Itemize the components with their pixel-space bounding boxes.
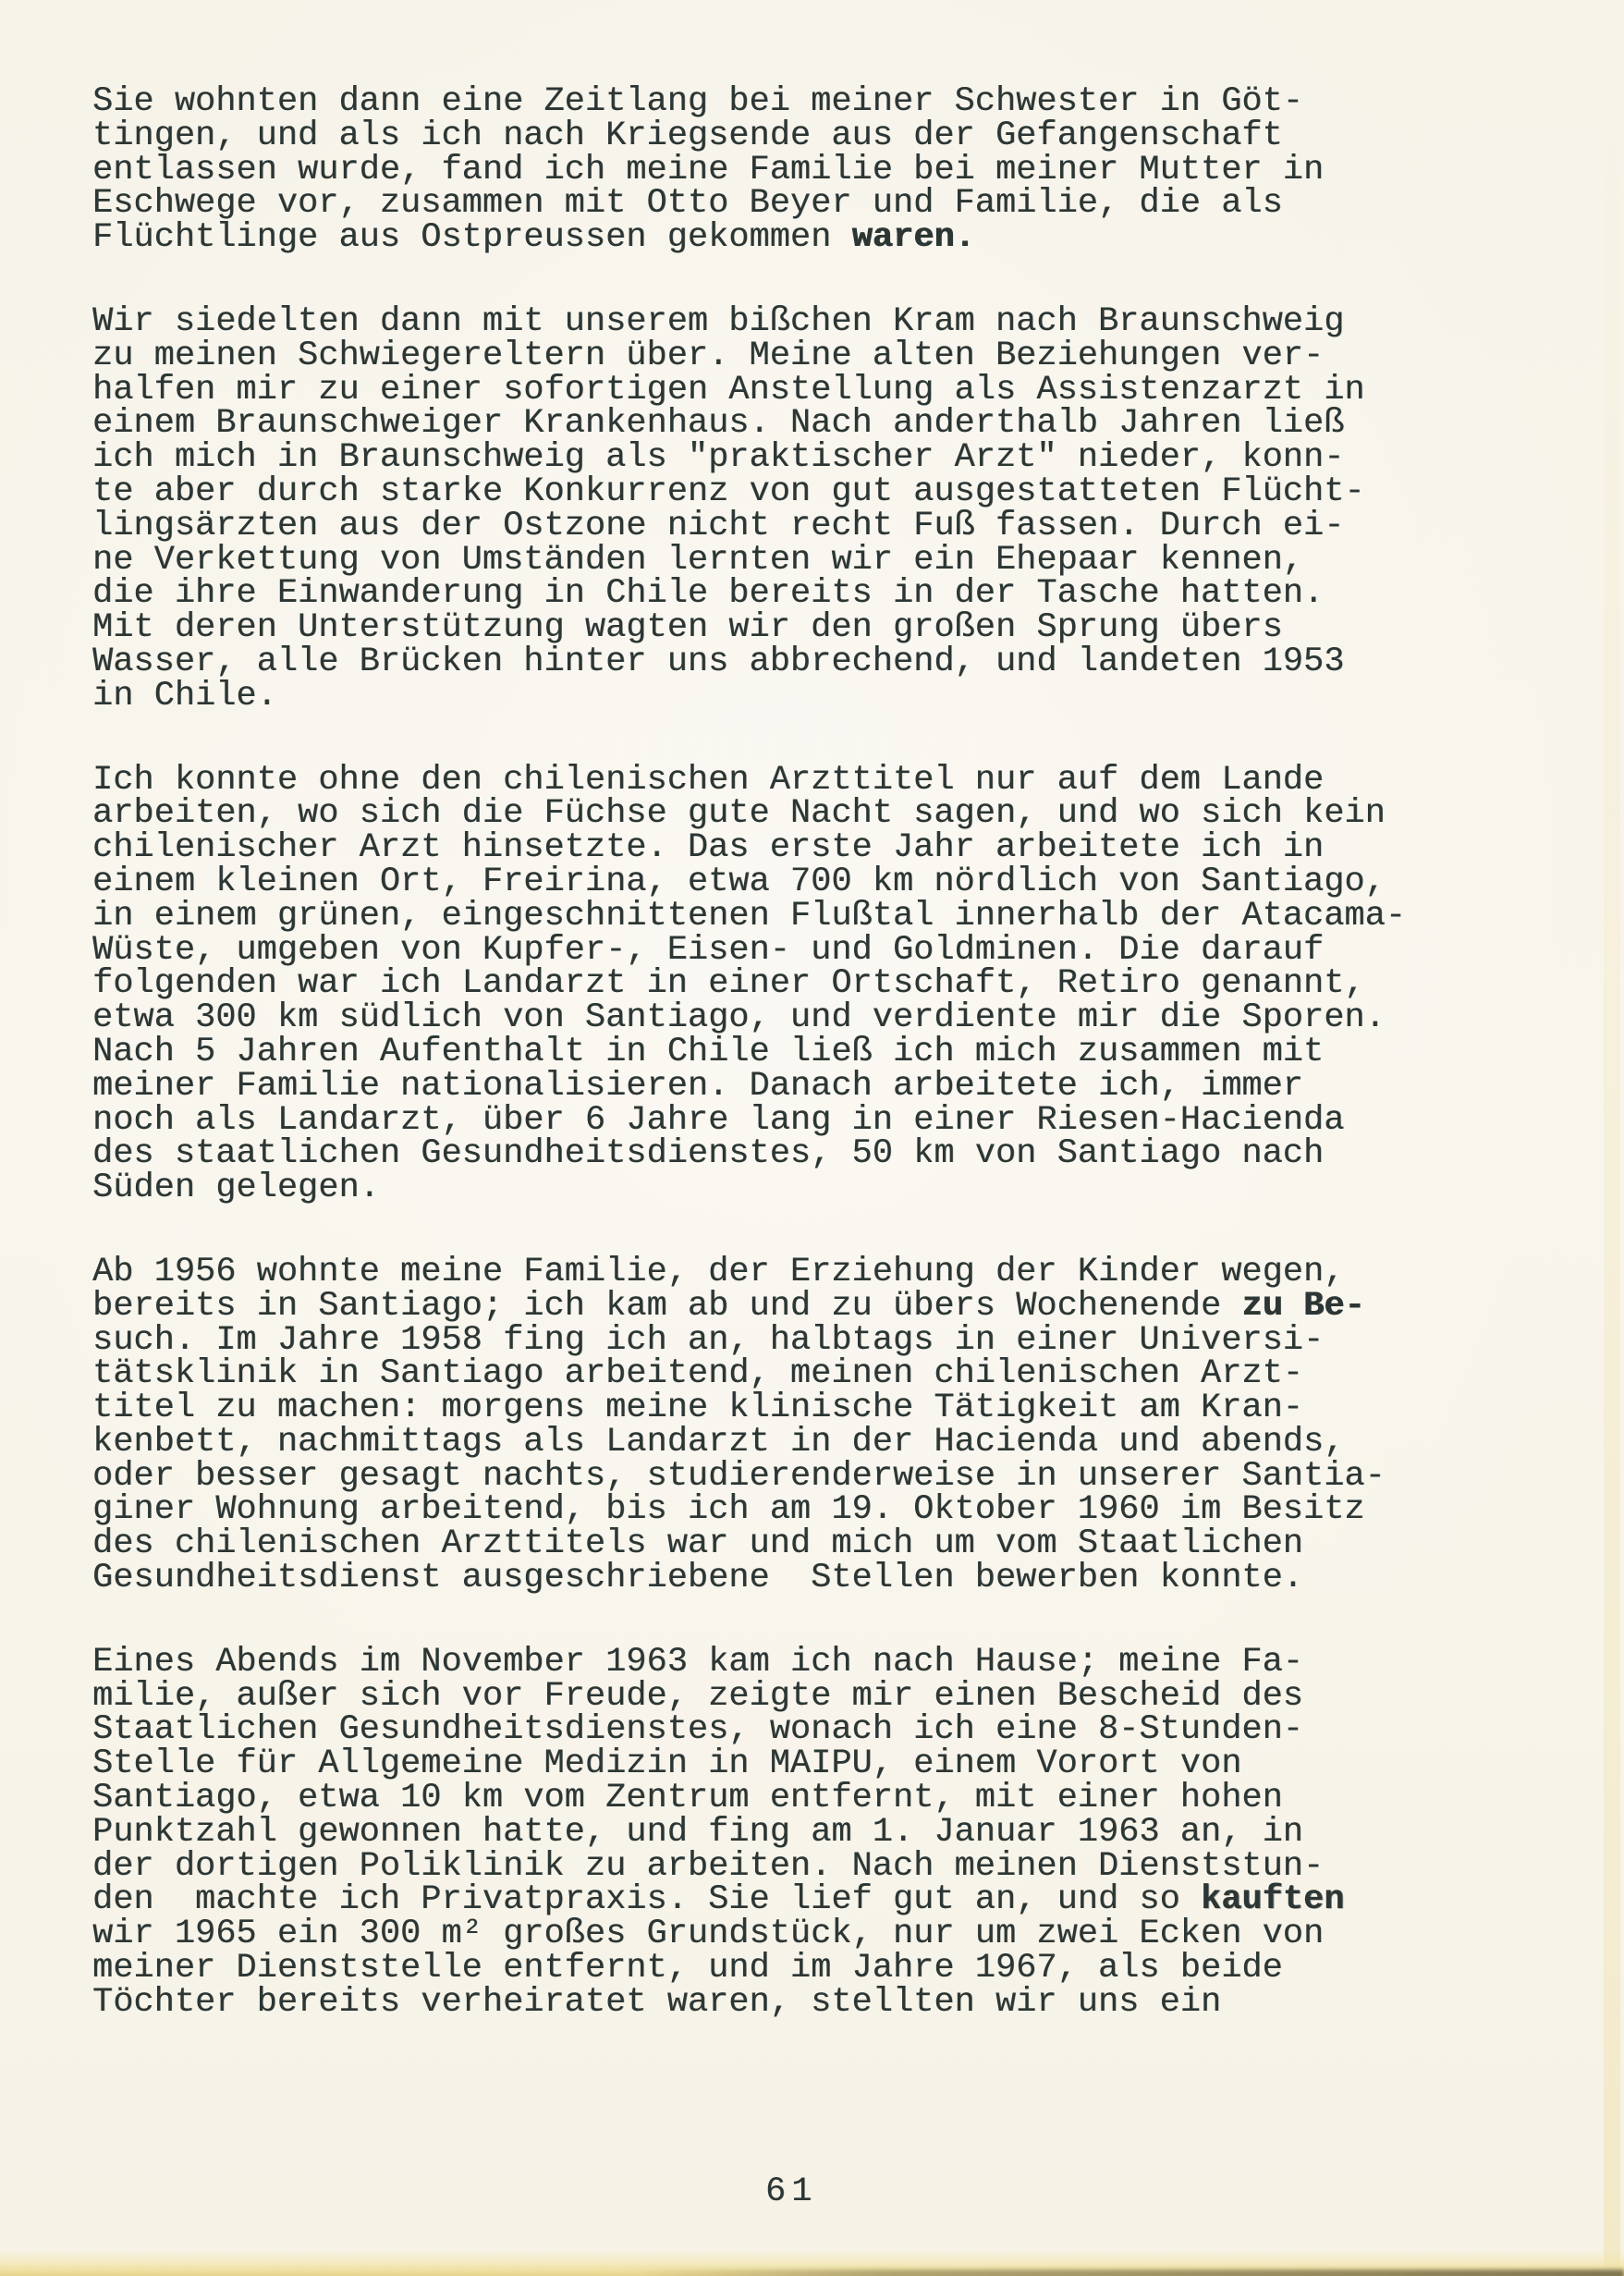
text-line: giner Wohnung arbeitend, bis ich am 19. … xyxy=(92,1493,1406,1527)
text-line: etwa 300 km südlich von Santiago, und ve… xyxy=(92,1001,1406,1035)
text-line: tingen, und als ich nach Kriegsende aus … xyxy=(92,119,1406,153)
text-line: Gesundheitsdienst ausgeschriebene Stelle… xyxy=(92,1561,1406,1596)
text-line: Süden gelegen. xyxy=(92,1171,1406,1205)
paragraph: Ich konnte ohne den chilenischen Arzttit… xyxy=(92,764,1406,1205)
text-line: Stelle für Allgemeine Medizin in MAIPU, … xyxy=(92,1747,1406,1781)
text-line: meiner Dienststelle entfernt, und im Jah… xyxy=(92,1952,1406,1986)
emphasized-text: kauften xyxy=(1201,1880,1344,1919)
text-line: Sie wohnten dann eine Zeitlang bei meine… xyxy=(92,85,1406,119)
emphasized-text: waren. xyxy=(852,218,975,257)
text-line: halfen mir zu einer sofortigen Anstellun… xyxy=(92,373,1406,408)
text-line: te aber durch starke Konkurrenz von gut … xyxy=(92,475,1406,509)
text-line: entlassen wurde, fand ich meine Familie … xyxy=(92,153,1406,188)
text-line: ne Verkettung von Umständen lernten wir … xyxy=(92,544,1406,578)
text-line: folgenden war ich Landarzt in einer Orts… xyxy=(92,967,1406,1001)
paragraph: Ab 1956 wohnte meine Familie, der Erzieh… xyxy=(92,1255,1406,1596)
text-line: Töchter bereits verheiratet waren, stell… xyxy=(92,1986,1406,2020)
text-line: such. Im Jahre 1958 fing ich an, halbtag… xyxy=(92,1324,1406,1358)
text-line: Mit deren Unterstützung wagten wir den g… xyxy=(92,611,1406,645)
text-line: Eschwege vor, zusammen mit Otto Beyer un… xyxy=(92,187,1406,221)
text-line: Wasser, alle Brücken hinter uns abbreche… xyxy=(92,645,1406,679)
text-line: meiner Familie nationalisieren. Danach a… xyxy=(92,1070,1406,1104)
text-line: Wüste, umgeben von Kupfer-, Eisen- und G… xyxy=(92,934,1406,968)
text-line: Staatlichen Gesundheitsdienstes, wonach … xyxy=(92,1713,1406,1747)
text-line: Ab 1956 wohnte meine Familie, der Erzieh… xyxy=(92,1255,1406,1290)
text-line: chilenischer Arzt hinsetzte. Das erste J… xyxy=(92,831,1406,865)
text-line: oder besser gesagt nachts, studierenderw… xyxy=(92,1460,1406,1494)
text-line: des chilenischen Arzttitels war und mich… xyxy=(92,1527,1406,1561)
text-line: Ich konnte ohne den chilenischen Arzttit… xyxy=(92,764,1406,798)
text-line: den machte ich Privatpraxis. Sie lief gu… xyxy=(92,1883,1406,1917)
text-line: kenbett, nachmittags als Landarzt in der… xyxy=(92,1426,1406,1460)
text-line: tätsklinik in Santiago arbeitend, meinen… xyxy=(92,1357,1406,1391)
text-line: einem Braunschweiger Krankenhaus. Nach a… xyxy=(92,407,1406,441)
scan-edge-right xyxy=(1604,0,1620,2276)
scan-edge-bottom xyxy=(0,2250,1624,2276)
document-body: Sie wohnten dann eine Zeitlang bei meine… xyxy=(92,85,1406,2070)
text-line: titel zu machen: morgens meine klinische… xyxy=(92,1391,1406,1426)
text-line: noch als Landarzt, über 6 Jahre lang in … xyxy=(92,1104,1406,1138)
emphasized-text: zu Be- xyxy=(1241,1287,1364,1326)
paragraph: Eines Abends im November 1963 kam ich na… xyxy=(92,1646,1406,2020)
page-number: 61 xyxy=(765,2172,817,2211)
text-line: milie, außer sich vor Freude, zeigte mir… xyxy=(92,1680,1406,1714)
text-line: in Chile. xyxy=(92,679,1406,714)
text-line: in einem grünen, eingeschnittenen Flußta… xyxy=(92,899,1406,934)
paragraph: Sie wohnten dann eine Zeitlang bei meine… xyxy=(92,85,1406,255)
text-line: wir 1965 ein 300 m² großes Grundstück, n… xyxy=(92,1917,1406,1952)
scan-smudge xyxy=(638,2270,1624,2276)
text-line: einem kleinen Ort, Freirina, etwa 700 km… xyxy=(92,865,1406,899)
text-line: zu meinen Schwiegereltern über. Meine al… xyxy=(92,339,1406,373)
text-line: lingsärzten aus der Ostzone nicht recht … xyxy=(92,509,1406,544)
text-line: Wir siedelten dann mit unserem bißchen K… xyxy=(92,305,1406,339)
text-line: Punktzahl gewonnen hatte, und fing am 1.… xyxy=(92,1816,1406,1850)
text-line: Santiago, etwa 10 km vom Zentrum entfern… xyxy=(92,1781,1406,1816)
text-line: der dortigen Poliklinik zu arbeiten. Nac… xyxy=(92,1850,1406,1884)
text-line: Nach 5 Jahren Aufenthalt in Chile ließ i… xyxy=(92,1035,1406,1070)
document-page: Sie wohnten dann eine Zeitlang bei meine… xyxy=(0,0,1624,2276)
text-line: Eines Abends im November 1963 kam ich na… xyxy=(92,1646,1406,1680)
text-line: die ihre Einwanderung in Chile bereits i… xyxy=(92,577,1406,611)
paragraph: Wir siedelten dann mit unserem bißchen K… xyxy=(92,305,1406,714)
text-line: arbeiten, wo sich die Füchse gute Nacht … xyxy=(92,797,1406,831)
text-line: des staatlichen Gesundheitsdienstes, 50 … xyxy=(92,1137,1406,1171)
text-line: ich mich in Braunschweig als "praktische… xyxy=(92,441,1406,475)
text-line: bereits in Santiago; ich kam ab und zu ü… xyxy=(92,1290,1406,1324)
text-line: Flüchtlinge aus Ostpreussen gekommen war… xyxy=(92,221,1406,255)
